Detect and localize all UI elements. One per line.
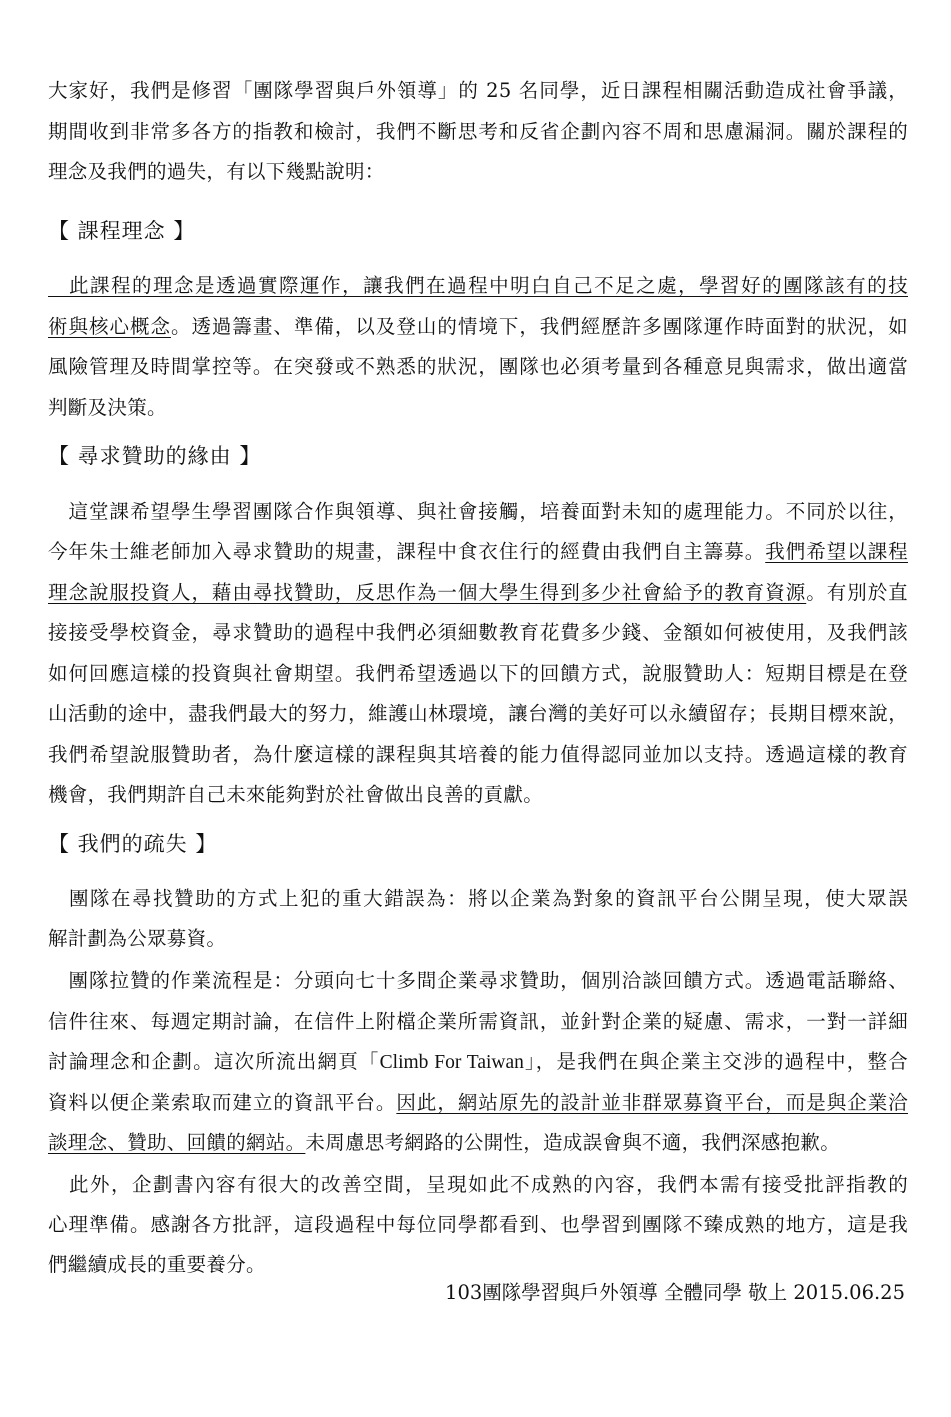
paragraph-line: 談理念、贊助、回饋的網站。未周慮思考網路的公開性，造成誤會與不適，我們深感抱歉。 <box>48 1131 908 1155</box>
underlined-text: 談理念、贊助、回饋的網站。 <box>48 1131 305 1154</box>
text-run: 這堂課希望學生學習團隊合作與領導、與社會接觸，培養面對未知的處理能力。不同於以往… <box>48 500 908 523</box>
paragraph-line: 風險管理及時間掌控等。在突發或不熟悉的狀況，團隊也必須考量到各種意見與需求，做出… <box>48 355 908 379</box>
text-run: 資料以便企業索取而建立的資訊平台。 <box>48 1091 396 1114</box>
paragraph-line: 團隊拉贊的作業流程是：分頭向七十多間企業尋求贊助，個別洽談回饋方式。透過電話聯絡… <box>48 969 908 993</box>
text-run: 心理準備。感謝各方批評，這段過程中每位同學都看到、也學習到團隊不臻成熟的地方，這… <box>48 1213 908 1236</box>
paragraph-line: 團隊在尋找贊助的方式上犯的重大錯誤為：將以企業為對象的資訊平台公開呈現，使大眾誤 <box>48 887 908 911</box>
text-run: 風險管理及時間掌控等。在突發或不熟悉的狀況，團隊也必須考量到各種意見與需求，做出… <box>48 355 908 378</box>
underlined-text: 理念說服投資人，藉由尋找贊助，反思作為一個大學生得到多少社會給予的教育資源 <box>48 581 806 604</box>
paragraph-line: 這堂課希望學生學習團隊合作與領導、與社會接觸，培養面對未知的處理能力。不同於以往… <box>48 500 908 524</box>
paragraph-line: 信件往來、每週定期討論，在信件上附檔企業所需資訊，並針對企業的疑慮、需求，一對一… <box>48 1010 908 1034</box>
paragraph-line: 此外，企劃書內容有很大的改善空間，呈現如此不成熟的內容，我們本需有接受批評指教的 <box>48 1173 908 1197</box>
text-run: 如何回應這樣的投資與社會期望。我們希望透過以下的回饋方式，說服贊助人：短期目標是… <box>48 662 908 685</box>
intro-line: 大家好，我們是修習「團隊學習與戶外領導」的 25 名同學，近日課程相關活動造成社… <box>48 79 908 103</box>
paragraph-line: 資料以便企業索取而建立的資訊平台。因此，網站原先的設計並非群眾募資平台，而是與企… <box>48 1091 908 1115</box>
paragraph-line: 我們希望說服贊助者，為什麼這樣的課程與其培養的能力值得認同並加以支持。透過這樣的… <box>48 743 908 767</box>
section-heading-sponsorship-reason: 【 尋求贊助的緣由 】 <box>48 443 261 469</box>
paragraph-line: 機會，我們期許自己未來能夠對於社會做出良善的貢獻。 <box>48 783 908 807</box>
paragraph-line: 解計劃為公眾募資。 <box>48 927 908 951</box>
text-run: 團隊拉贊的作業流程是：分頭向七十多間企業尋求贊助，個別洽談回饋方式。透過電話聯絡… <box>48 969 908 992</box>
text-run: 。透過籌畫、準備，以及登山的情境下，我們經歷許多團隊運作時面對的狀況，如 <box>171 315 908 338</box>
text-run: 未周慮思考網路的公開性，造成誤會與不適，我們深感抱歉。 <box>305 1131 840 1154</box>
underlined-text: 我們希望以課程 <box>765 540 908 563</box>
text-run: 團隊在尋找贊助的方式上犯的重大錯誤為：將以企業為對象的資訊平台公開呈現，使大眾誤 <box>48 887 908 910</box>
section-heading-course-philosophy: 【 課程理念 】 <box>48 218 195 244</box>
text-run: Climb For Taiwan <box>380 1052 524 1073</box>
paragraph-line: 討論理念和企劃。這次所流出網頁「Climb For Taiwan」，是我們在與企… <box>48 1050 908 1075</box>
section-heading-our-mistakes: 【 我們的疏失 】 <box>48 831 217 857</box>
paragraph-line: 心理準備。感謝各方批評，這段過程中每位同學都看到、也學習到團隊不臻成熟的地方，這… <box>48 1213 908 1237</box>
paragraph-line: 們繼續成長的重要養分。 <box>48 1253 908 1277</box>
signature: 103團隊學習與戶外領導 全體同學 敬上 2015.06.25 <box>445 1281 905 1305</box>
text-run: 們繼續成長的重要養分。 <box>48 1253 266 1276</box>
paragraph-line: 判斷及決策。 <box>48 396 908 420</box>
text-run: 。有別於直 <box>806 581 908 604</box>
paragraph-line: 山活動的途中，盡我們最大的努力，維護山林環境，讓台灣的美好可以永續留存；長期目標… <box>48 702 908 726</box>
text-run: 此外，企劃書內容有很大的改善空間，呈現如此不成熟的內容，我們本需有接受批評指教的 <box>48 1173 908 1196</box>
text-run: 山活動的途中，盡我們最大的努力，維護山林環境，讓台灣的美好可以永續留存；長期目標… <box>48 702 908 725</box>
text-run: 機會，我們期許自己未來能夠對於社會做出良善的貢獻。 <box>48 783 543 806</box>
paragraph-line: 今年朱士維老師加入尋求贊助的規畫，課程中食衣住行的經費由我們自主籌募。我們希望以… <box>48 540 908 564</box>
underlined-text: 術與核心概念 <box>48 315 171 338</box>
paragraph-line: 此課程的理念是透過實際運作，讓我們在過程中明白自己不足之處，學習好的團隊該有的技 <box>48 274 908 298</box>
text-run: 解計劃為公眾募資。 <box>48 927 226 950</box>
text-run: 接接受學校資金，尋求贊助的過程中我們必須細數教育花費多少錢、金額如何被使用，及我… <box>48 621 908 644</box>
intro-line: 理念及我們的過失，有以下幾點說明： <box>48 160 908 184</box>
paragraph-line: 如何回應這樣的投資與社會期望。我們希望透過以下的回饋方式，說服贊助人：短期目標是… <box>48 662 908 686</box>
paragraph-line: 術與核心概念。透過籌畫、準備，以及登山的情境下，我們經歷許多團隊運作時面對的狀況… <box>48 315 908 339</box>
text-run: 」，是我們在與企業主交涉的過程中，整合 <box>524 1050 908 1073</box>
text-run: 我們希望說服贊助者，為什麼這樣的課程與其培養的能力值得認同並加以支持。透過這樣的… <box>48 743 908 766</box>
text-run: 信件往來、每週定期討論，在信件上附檔企業所需資訊，並針對企業的疑慮、需求，一對一… <box>48 1010 908 1033</box>
text-run: 判斷及決策。 <box>48 396 167 419</box>
underlined-text: 因此，網站原先的設計並非群眾募資平台，而是與企業洽 <box>396 1091 908 1114</box>
text-run: 今年朱士維老師加入尋求贊助的規畫，課程中食衣住行的經費由我們自主籌募。 <box>48 540 765 563</box>
text-run: 討論理念和企劃。這次所流出網頁「 <box>48 1050 380 1073</box>
intro-line: 期間收到非常多各方的指教和檢討，我們不斷思考和反省企劃內容不周和思慮漏洞。關於課… <box>48 120 908 144</box>
underlined-text: 此課程的理念是透過實際運作，讓我們在過程中明白自己不足之處，學習好的團隊該有的技 <box>48 274 908 297</box>
paragraph-line: 理念說服投資人，藉由尋找贊助，反思作為一個大學生得到多少社會給予的教育資源。有別… <box>48 581 908 605</box>
paragraph-line: 接接受學校資金，尋求贊助的過程中我們必須細數教育花費多少錢、金額如何被使用，及我… <box>48 621 908 645</box>
